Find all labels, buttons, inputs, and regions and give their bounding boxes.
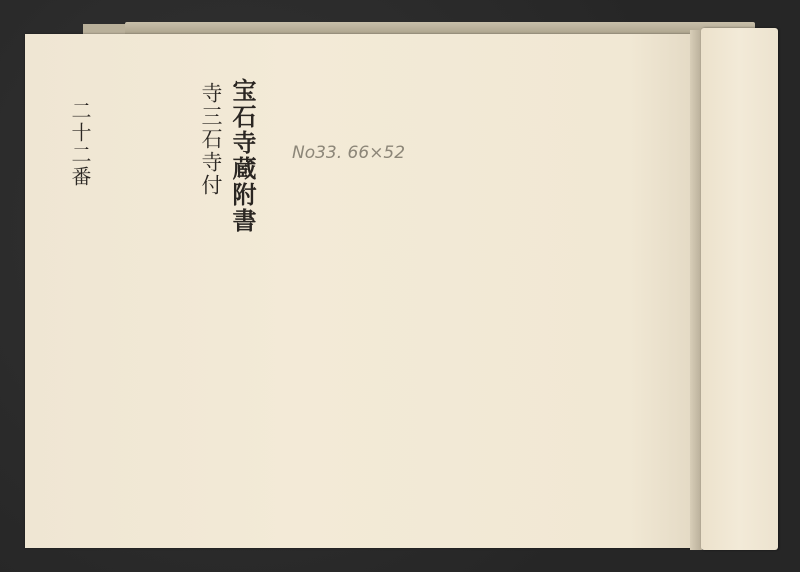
pencil-catalog-annotation: No33. 66×52 — [292, 143, 405, 163]
folded-flap — [701, 28, 778, 550]
manuscript-page — [25, 34, 697, 548]
main-inscription-left: 寺三石寺付 — [196, 82, 226, 197]
left-column-inscription: 二十二番 — [66, 100, 95, 188]
main-inscription-right: 宝石寺蔵附書 — [225, 78, 260, 234]
